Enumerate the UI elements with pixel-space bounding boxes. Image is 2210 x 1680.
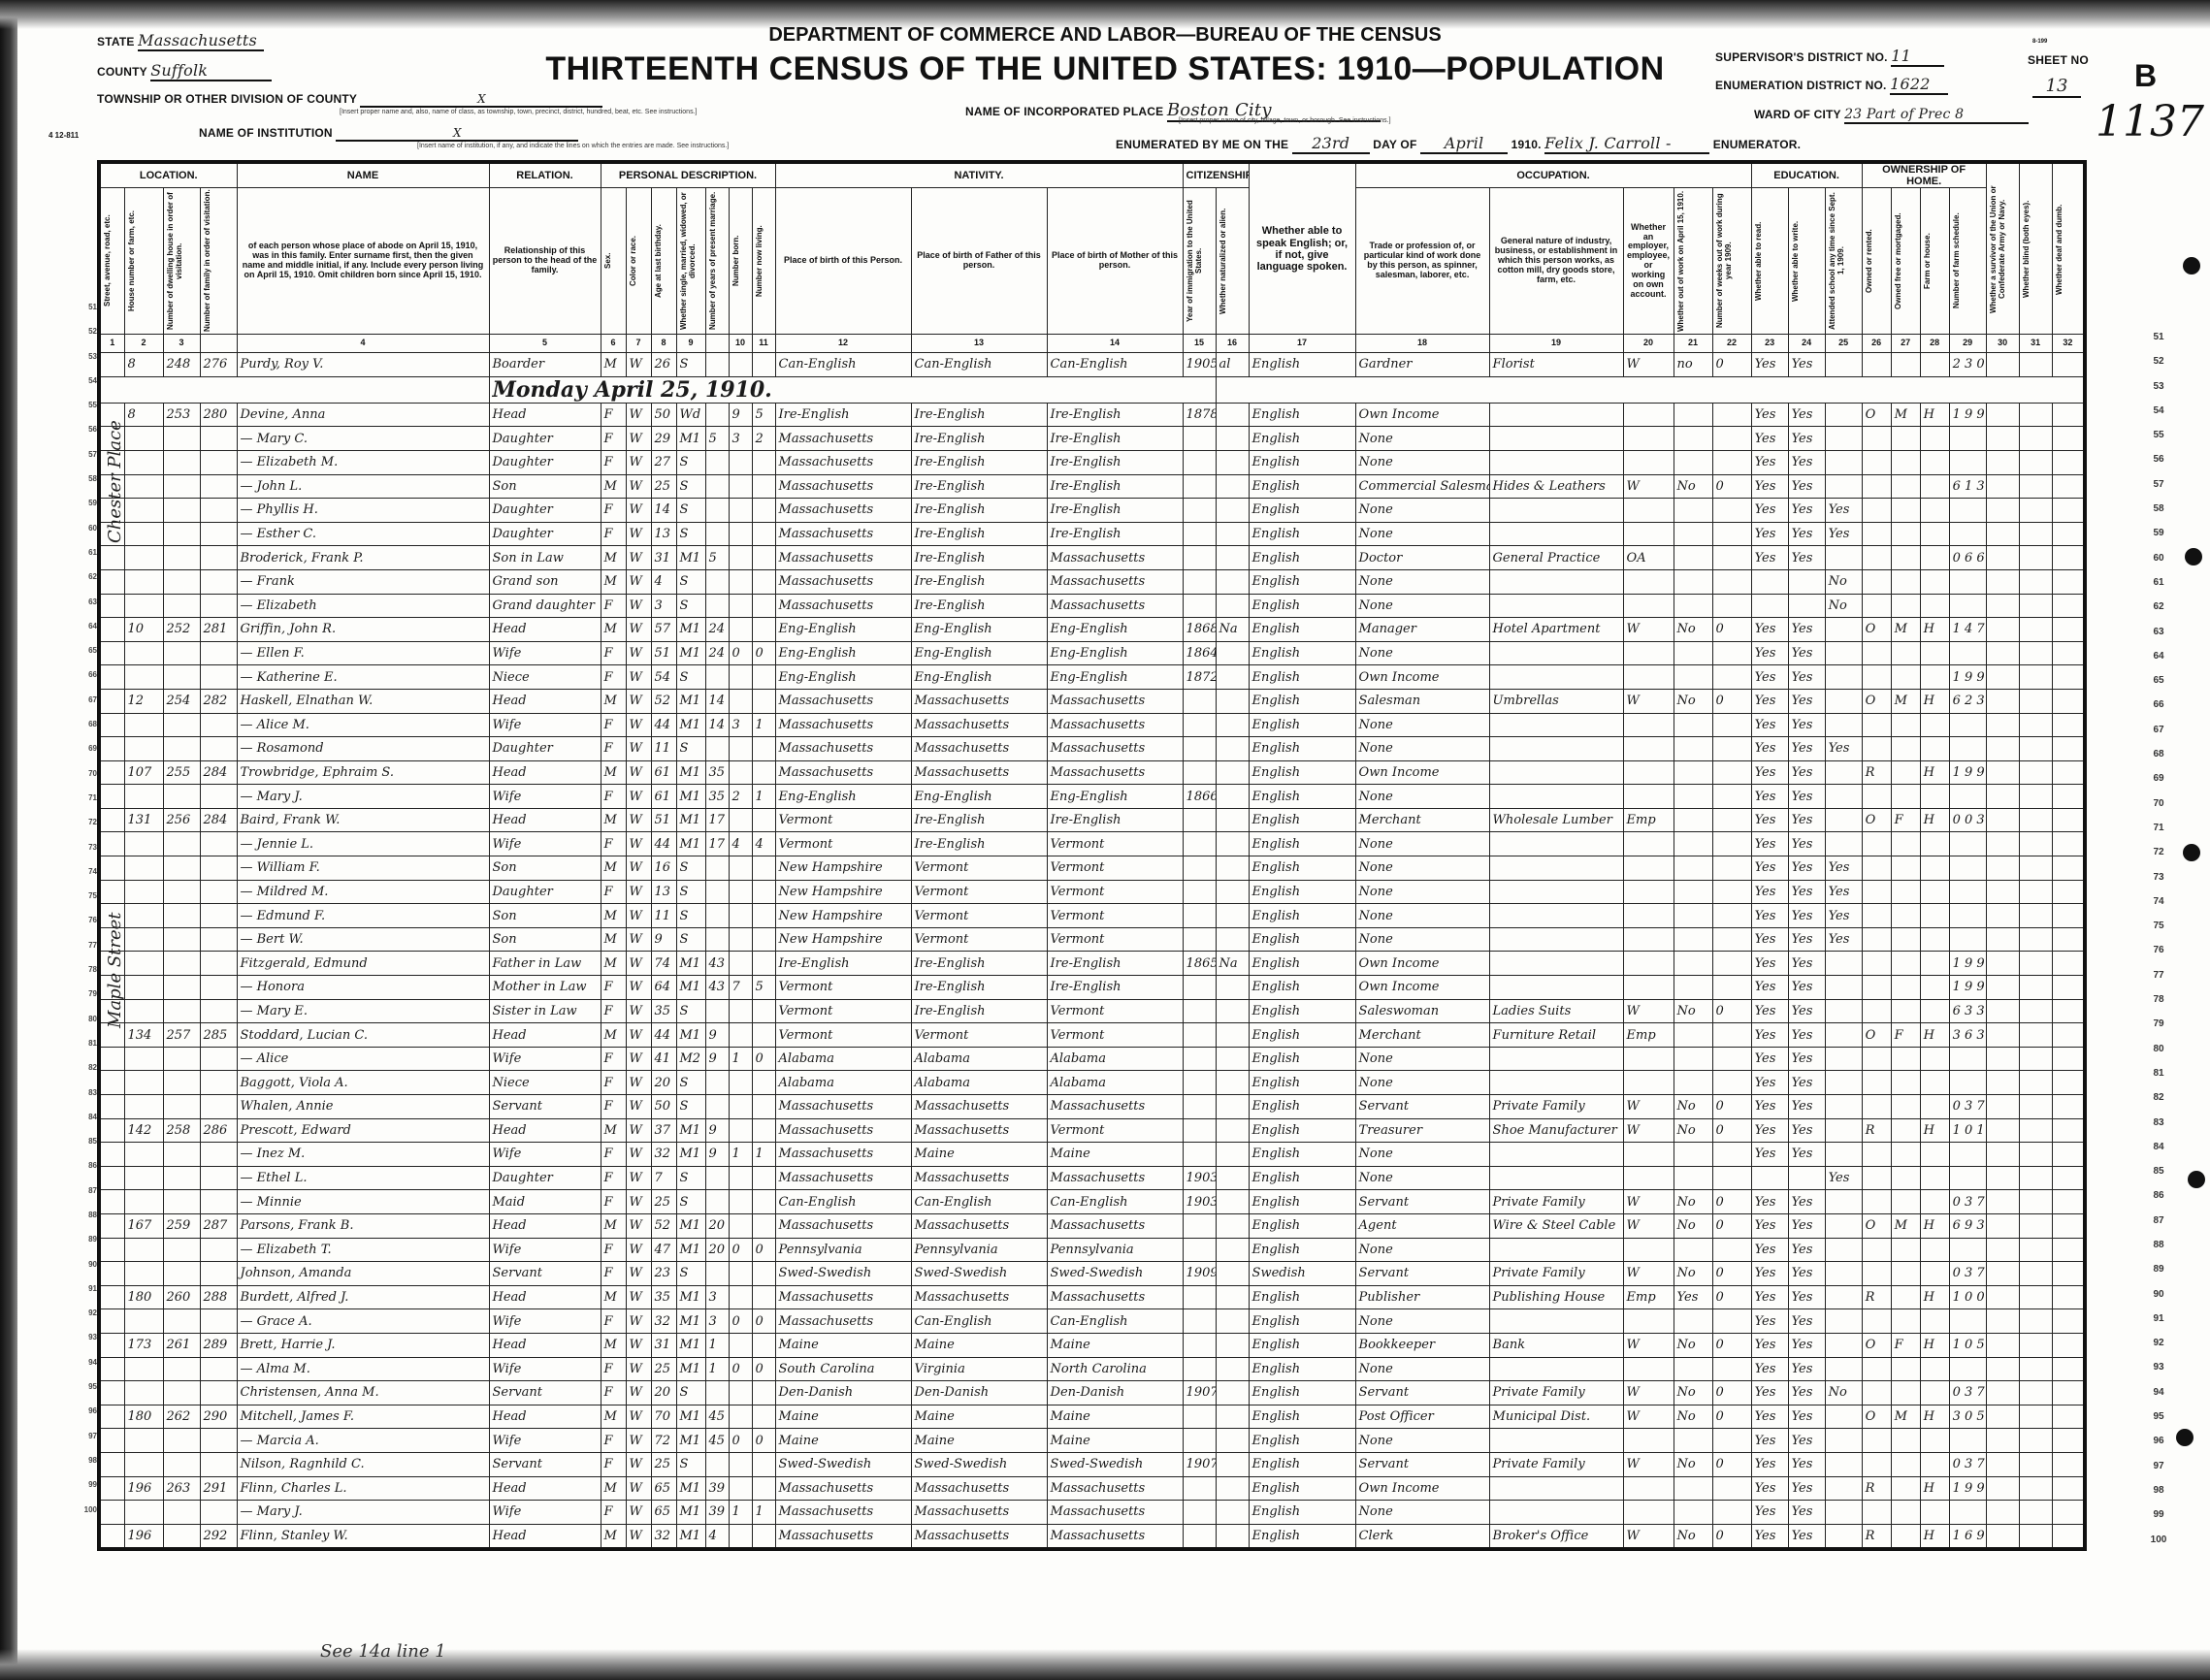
cell-immig xyxy=(1183,1238,1216,1262)
cell-living: 0 xyxy=(752,1357,775,1381)
cell-born xyxy=(729,880,752,904)
cell-nat xyxy=(1216,1501,1249,1525)
cell-trade: None xyxy=(1355,904,1489,928)
cell-birth: Massachusetts xyxy=(775,569,911,594)
cell-house xyxy=(124,427,163,451)
group-relation: RELATION. xyxy=(489,162,601,188)
cell-color: W xyxy=(626,353,651,377)
cell-vet xyxy=(1986,594,2019,618)
cell-free xyxy=(1891,904,1920,928)
census-table: LOCATION. NAME RELATION. PERSONAL DESCRI… xyxy=(97,160,2087,1551)
cell-write: Yes xyxy=(1788,665,1825,690)
cell-dwelling xyxy=(163,904,200,928)
cell-out xyxy=(1674,808,1712,832)
cell-house xyxy=(124,999,163,1023)
cell-employ: W xyxy=(1623,353,1674,377)
cell-color: W xyxy=(626,785,651,809)
cell-farm xyxy=(1920,665,1949,690)
cell-lang: English xyxy=(1249,1524,1355,1549)
cell-school xyxy=(1825,1405,1862,1429)
cell-dwelling xyxy=(163,474,200,499)
cell-mother-birth: Eng-English xyxy=(1047,618,1183,642)
cell-street xyxy=(99,880,124,904)
cell-relation: Boarder xyxy=(489,353,601,377)
cell-father-birth: Ire-English xyxy=(911,832,1047,856)
cell-color: W xyxy=(626,1501,651,1525)
cell-read xyxy=(1751,594,1788,618)
cell-blind xyxy=(2019,1095,2052,1119)
cell-farm xyxy=(1920,546,1949,570)
cell-house xyxy=(124,641,163,665)
cell-nat xyxy=(1216,427,1249,451)
header-immigration-year: Year of immigration to the United States… xyxy=(1186,188,1204,334)
line-number: 82 xyxy=(74,1055,97,1080)
cell-immig xyxy=(1183,1309,1216,1334)
cell-house: 131 xyxy=(124,808,163,832)
cell-marital: M1 xyxy=(676,427,705,451)
cell-farm xyxy=(1920,1166,1949,1190)
cell-sex: M xyxy=(601,760,626,785)
cell-dwelling xyxy=(163,1071,200,1095)
line-number: 87 xyxy=(2144,1209,2173,1233)
census-row: — Alice M.WifeFW44M11431MassachusettsMas… xyxy=(99,713,2085,737)
cell-nat xyxy=(1216,1213,1249,1238)
column-number: 10 xyxy=(729,335,752,353)
column-number xyxy=(705,335,729,353)
cell-schedule: 0 3 7 X xyxy=(1949,1262,1986,1286)
cell-name: — Grace A. xyxy=(237,1309,489,1334)
cell-house xyxy=(124,1452,163,1476)
line-number: 88 xyxy=(74,1203,97,1227)
cell-house xyxy=(124,1071,163,1095)
cell-weeks xyxy=(1712,760,1751,785)
cell-living xyxy=(752,474,775,499)
cell-nat xyxy=(1216,1262,1249,1286)
cell-own xyxy=(1862,474,1891,499)
cell-deaf xyxy=(2052,499,2085,523)
cell-born xyxy=(729,904,752,928)
line-number: 84 xyxy=(2144,1135,2173,1159)
cell-living xyxy=(752,1405,775,1429)
cell-age: 41 xyxy=(651,1047,676,1071)
cell-employ: W xyxy=(1623,1524,1674,1549)
header-naturalized: Whether naturalized or alien. xyxy=(1219,188,1228,334)
cell-years-married xyxy=(705,1071,729,1095)
cell-lang: English xyxy=(1249,1143,1355,1167)
cell-own xyxy=(1862,499,1891,523)
cell-dwelling xyxy=(163,999,200,1023)
cell-read: Yes xyxy=(1751,689,1788,713)
cell-mother-birth: Vermont xyxy=(1047,880,1183,904)
cell-years-married: 1 xyxy=(705,1333,729,1357)
cell-street xyxy=(99,1452,124,1476)
census-row: — Mildred M.DaughterFW13SNew HampshireVe… xyxy=(99,880,2085,904)
census-row: — FrankGrand sonMW4SMassachusettsIre-Eng… xyxy=(99,569,2085,594)
column-number: 13 xyxy=(911,335,1047,353)
cell-weeks: 0 xyxy=(1712,1285,1751,1309)
cell-blind xyxy=(2019,927,2052,952)
cell-own xyxy=(1862,353,1891,377)
cell-free xyxy=(1891,499,1920,523)
cell-weeks xyxy=(1712,1309,1751,1334)
cell-schedule: 3 6 3 X xyxy=(1949,1023,1986,1048)
cell-own: O xyxy=(1862,1023,1891,1048)
cell-school xyxy=(1825,1118,1862,1143)
cell-industry xyxy=(1489,976,1623,1000)
blank-cell xyxy=(1216,376,2085,403)
cell-write: Yes xyxy=(1788,1524,1825,1549)
cell-deaf xyxy=(2052,403,2085,427)
cell-birth: Vermont xyxy=(775,832,911,856)
column-number: 27 xyxy=(1891,335,1920,353)
cell-street xyxy=(99,760,124,785)
column-number: 32 xyxy=(2052,335,2085,353)
cell-weeks xyxy=(1712,737,1751,761)
cell-vet xyxy=(1986,1501,2019,1525)
line-number: 67 xyxy=(74,688,97,712)
cell-lang: English xyxy=(1249,785,1355,809)
cell-deaf xyxy=(2052,952,2085,976)
cell-family: 284 xyxy=(200,760,237,785)
cell-color: W xyxy=(626,1524,651,1549)
cell-relation: Daughter xyxy=(489,499,601,523)
line-number: 75 xyxy=(74,884,97,908)
cell-living xyxy=(752,1190,775,1214)
cell-mother-birth: Eng-English xyxy=(1047,641,1183,665)
cell-house: 180 xyxy=(124,1405,163,1429)
header-birth-mother: Place of birth of Mother of this person. xyxy=(1047,188,1183,335)
cell-color: W xyxy=(626,952,651,976)
cell-immig xyxy=(1183,1333,1216,1357)
cell-blind xyxy=(2019,1476,2052,1501)
cell-street xyxy=(99,713,124,737)
cell-school xyxy=(1825,641,1862,665)
cell-farm xyxy=(1920,999,1949,1023)
cell-marital: M1 xyxy=(676,1405,705,1429)
cell-own: O xyxy=(1862,403,1891,427)
cell-weeks: 0 xyxy=(1712,1405,1751,1429)
cell-street xyxy=(99,1238,124,1262)
column-number: 14 xyxy=(1047,335,1183,353)
cell-industry: Private Family xyxy=(1489,1190,1623,1214)
cell-family xyxy=(200,1143,237,1167)
cell-dwelling xyxy=(163,569,200,594)
cell-family xyxy=(200,1501,237,1525)
cell-living xyxy=(752,1071,775,1095)
cell-employ: Emp xyxy=(1623,1023,1674,1048)
line-number: 51 xyxy=(74,295,97,319)
cell-years-married: 24 xyxy=(705,618,729,642)
cell-years-married: 9 xyxy=(705,1023,729,1048)
cell-out: No xyxy=(1674,1452,1712,1476)
cell-read: Yes xyxy=(1751,856,1788,881)
cell-relation: Head xyxy=(489,1333,601,1357)
cell-house xyxy=(124,1047,163,1071)
cell-sex: M xyxy=(601,1476,626,1501)
cell-employ xyxy=(1623,976,1674,1000)
cell-sex: F xyxy=(601,641,626,665)
cell-name: Prescott, Edward xyxy=(237,1118,489,1143)
cell-deaf xyxy=(2052,976,2085,1000)
cell-schedule xyxy=(1949,856,1986,881)
cell-write: Yes xyxy=(1788,403,1825,427)
cell-family xyxy=(200,546,237,570)
cell-lang: English xyxy=(1249,641,1355,665)
cell-nat xyxy=(1216,1476,1249,1501)
cell-vet xyxy=(1986,1238,2019,1262)
cell-industry: Hides & Leathers xyxy=(1489,474,1623,499)
cell-marital: M1 xyxy=(676,1213,705,1238)
cell-read: Yes xyxy=(1751,665,1788,690)
cell-vet xyxy=(1986,1047,2019,1071)
cell-dwelling xyxy=(163,976,200,1000)
line-number: 85 xyxy=(2144,1159,2173,1183)
cell-deaf xyxy=(2052,1213,2085,1238)
cell-blind xyxy=(2019,353,2052,377)
line-number: 52 xyxy=(2144,349,2173,373)
cell-own xyxy=(1862,546,1891,570)
cell-years-married xyxy=(705,474,729,499)
cell-immig xyxy=(1183,1405,1216,1429)
cell-immig xyxy=(1183,976,1216,1000)
cell-marital: M1 xyxy=(676,1143,705,1167)
cell-color: W xyxy=(626,976,651,1000)
cell-deaf xyxy=(2052,1023,2085,1048)
cell-vet xyxy=(1986,760,2019,785)
cell-weeks xyxy=(1712,499,1751,523)
cell-family xyxy=(200,1095,237,1119)
cell-out xyxy=(1674,713,1712,737)
line-number: 98 xyxy=(2144,1478,2173,1502)
cell-lang: English xyxy=(1249,952,1355,976)
cell-school xyxy=(1825,1262,1862,1286)
cell-write: Yes xyxy=(1788,737,1825,761)
cell-living xyxy=(752,952,775,976)
cell-read: Yes xyxy=(1751,737,1788,761)
line-number: 59 xyxy=(74,491,97,515)
cell-weeks xyxy=(1712,450,1751,474)
cell-years-married: 39 xyxy=(705,1501,729,1525)
cell-marital: S xyxy=(676,880,705,904)
cell-birth: New Hampshire xyxy=(775,856,911,881)
cell-living xyxy=(752,927,775,952)
cell-own xyxy=(1862,1166,1891,1190)
cell-age: 65 xyxy=(651,1476,676,1501)
cell-vet xyxy=(1986,1309,2019,1334)
cell-industry xyxy=(1489,1357,1623,1381)
cell-age: 25 xyxy=(651,1452,676,1476)
cell-sex: M xyxy=(601,1213,626,1238)
cell-lang: English xyxy=(1249,880,1355,904)
cell-read: Yes xyxy=(1751,1285,1788,1309)
cell-employ xyxy=(1623,880,1674,904)
census-row: — Mary J.WifeFW61M13521Eng-EnglishEng-En… xyxy=(99,785,2085,809)
cell-color: W xyxy=(626,689,651,713)
cell-school: Yes xyxy=(1825,904,1862,928)
cell-relation: Head xyxy=(489,689,601,713)
cell-father-birth: Massachusetts xyxy=(911,1166,1047,1190)
cell-employ xyxy=(1623,1476,1674,1501)
cell-marital: S xyxy=(676,1262,705,1286)
cell-own xyxy=(1862,641,1891,665)
cell-farm: H xyxy=(1920,1476,1949,1501)
cell-color: W xyxy=(626,665,651,690)
cell-trade: Salesman xyxy=(1355,689,1489,713)
cell-trade: Own Income xyxy=(1355,1476,1489,1501)
cell-free xyxy=(1891,1501,1920,1525)
cell-marital: M1 xyxy=(676,976,705,1000)
cell-weeks: 0 xyxy=(1712,618,1751,642)
cell-marital: S xyxy=(676,569,705,594)
cell-birth: Massachusetts xyxy=(775,737,911,761)
cell-years-married: 14 xyxy=(705,689,729,713)
cell-read: Yes xyxy=(1751,1309,1788,1334)
cell-birth: Ire-English xyxy=(775,952,911,976)
cell-street xyxy=(99,1047,124,1071)
cell-birth: Swed-Swedish xyxy=(775,1262,911,1286)
form-code: 4 12-811 xyxy=(49,131,79,140)
cell-house: 8 xyxy=(124,403,163,427)
cell-street xyxy=(99,569,124,594)
cell-lang: English xyxy=(1249,999,1355,1023)
header-farm: Farm or house. xyxy=(1924,188,1933,334)
line-number: 62 xyxy=(2144,595,2173,619)
cell-schedule: 6 9 3 X xyxy=(1949,1213,1986,1238)
cell-name: — Rosamond xyxy=(237,737,489,761)
cell-family xyxy=(200,976,237,1000)
cell-weeks: 0 xyxy=(1712,1524,1751,1549)
column-number: 25 xyxy=(1825,335,1862,353)
cell-blind xyxy=(2019,1023,2052,1048)
cell-nat xyxy=(1216,594,1249,618)
cell-years-married xyxy=(705,737,729,761)
column-number: 12 xyxy=(775,335,911,353)
cell-school: Yes xyxy=(1825,1166,1862,1190)
cell-farm xyxy=(1920,1452,1949,1476)
cell-age: 3 xyxy=(651,594,676,618)
cell-birth: Massachusetts xyxy=(775,1524,911,1549)
header-children-born: Number born. xyxy=(732,188,741,334)
line-number: 58 xyxy=(2144,497,2173,521)
line-number: 99 xyxy=(74,1472,97,1497)
cell-mother-birth: Massachusetts xyxy=(1047,546,1183,570)
cell-born xyxy=(729,546,752,570)
cell-schedule: 2 3 0 0 xyxy=(1949,353,1986,377)
cell-lang: English xyxy=(1249,1309,1355,1334)
cell-deaf xyxy=(2052,1452,2085,1476)
cell-name: — Honora xyxy=(237,976,489,1000)
cell-immig xyxy=(1183,1213,1216,1238)
cell-immig: 1866 xyxy=(1183,785,1216,809)
cell-dwelling xyxy=(163,856,200,881)
cell-born: 4 xyxy=(729,832,752,856)
cell-write: Yes xyxy=(1788,1262,1825,1286)
cell-free xyxy=(1891,1190,1920,1214)
cell-out xyxy=(1674,1429,1712,1453)
cell-school xyxy=(1825,1095,1862,1119)
cell-write: Yes xyxy=(1788,1190,1825,1214)
cell-out xyxy=(1674,1309,1712,1334)
cell-birth: Maine xyxy=(775,1429,911,1453)
cell-nat xyxy=(1216,737,1249,761)
cell-father-birth: Ire-English xyxy=(911,427,1047,451)
cell-family xyxy=(200,737,237,761)
cell-age: 44 xyxy=(651,832,676,856)
cell-blind xyxy=(2019,952,2052,976)
cell-trade: None xyxy=(1355,1143,1489,1167)
cell-vet xyxy=(1986,427,2019,451)
cell-marital: S xyxy=(676,665,705,690)
township-value: X xyxy=(360,92,602,108)
cell-relation: Wife xyxy=(489,1047,601,1071)
cell-farm xyxy=(1920,952,1949,976)
line-number: 56 xyxy=(2144,447,2173,471)
cell-free xyxy=(1891,1285,1920,1309)
cell-house: 173 xyxy=(124,1333,163,1357)
cell-weeks: 0 xyxy=(1712,1190,1751,1214)
header-industry: General nature of industry, business, or… xyxy=(1489,188,1623,335)
cell-read: Yes xyxy=(1751,904,1788,928)
line-number: 83 xyxy=(2144,1111,2173,1135)
cell-farm xyxy=(1920,427,1949,451)
line-number: 100 xyxy=(2144,1528,2173,1552)
cell-family: 282 xyxy=(200,689,237,713)
cell-house xyxy=(124,474,163,499)
cell-birth: Den-Danish xyxy=(775,1381,911,1405)
cell-birth: Eng-English xyxy=(775,618,911,642)
cell-marital: S xyxy=(676,474,705,499)
cell-mother-birth: Swed-Swedish xyxy=(1047,1262,1183,1286)
cell-relation: Daughter xyxy=(489,522,601,546)
cell-industry: General Practice xyxy=(1489,546,1623,570)
cell-name: — Frank xyxy=(237,569,489,594)
cell-mother-birth: Vermont xyxy=(1047,1118,1183,1143)
cell-industry xyxy=(1489,569,1623,594)
line-number: 100 xyxy=(74,1498,97,1522)
cell-own: R xyxy=(1862,1118,1891,1143)
cell-trade: Merchant xyxy=(1355,1023,1489,1048)
cell-family xyxy=(200,1238,237,1262)
cell-street xyxy=(99,1118,124,1143)
line-number: 84 xyxy=(74,1105,97,1129)
header-children-living: Number now living. xyxy=(756,188,764,334)
cell-age: 35 xyxy=(651,1285,676,1309)
cell-deaf xyxy=(2052,641,2085,665)
cell-trade: None xyxy=(1355,880,1489,904)
cell-own xyxy=(1862,1262,1891,1286)
cell-color: W xyxy=(626,1357,651,1381)
cell-read: Yes xyxy=(1751,1357,1788,1381)
cell-schedule xyxy=(1949,927,1986,952)
column-number: 20 xyxy=(1623,335,1674,353)
cell-years-married xyxy=(705,856,729,881)
cell-blind xyxy=(2019,689,2052,713)
cell-color: W xyxy=(626,403,651,427)
cell-vet xyxy=(1986,665,2019,690)
cell-sex: F xyxy=(601,1381,626,1405)
cell-born xyxy=(729,1071,752,1095)
cell-street xyxy=(99,832,124,856)
cell-born xyxy=(729,594,752,618)
column-number: 31 xyxy=(2019,335,2052,353)
cell-write: Yes xyxy=(1788,522,1825,546)
cell-born xyxy=(729,1405,752,1429)
cell-family xyxy=(200,832,237,856)
cell-vet xyxy=(1986,713,2019,737)
line-number: 57 xyxy=(74,442,97,467)
cell-house xyxy=(124,499,163,523)
cell-color: W xyxy=(626,499,651,523)
